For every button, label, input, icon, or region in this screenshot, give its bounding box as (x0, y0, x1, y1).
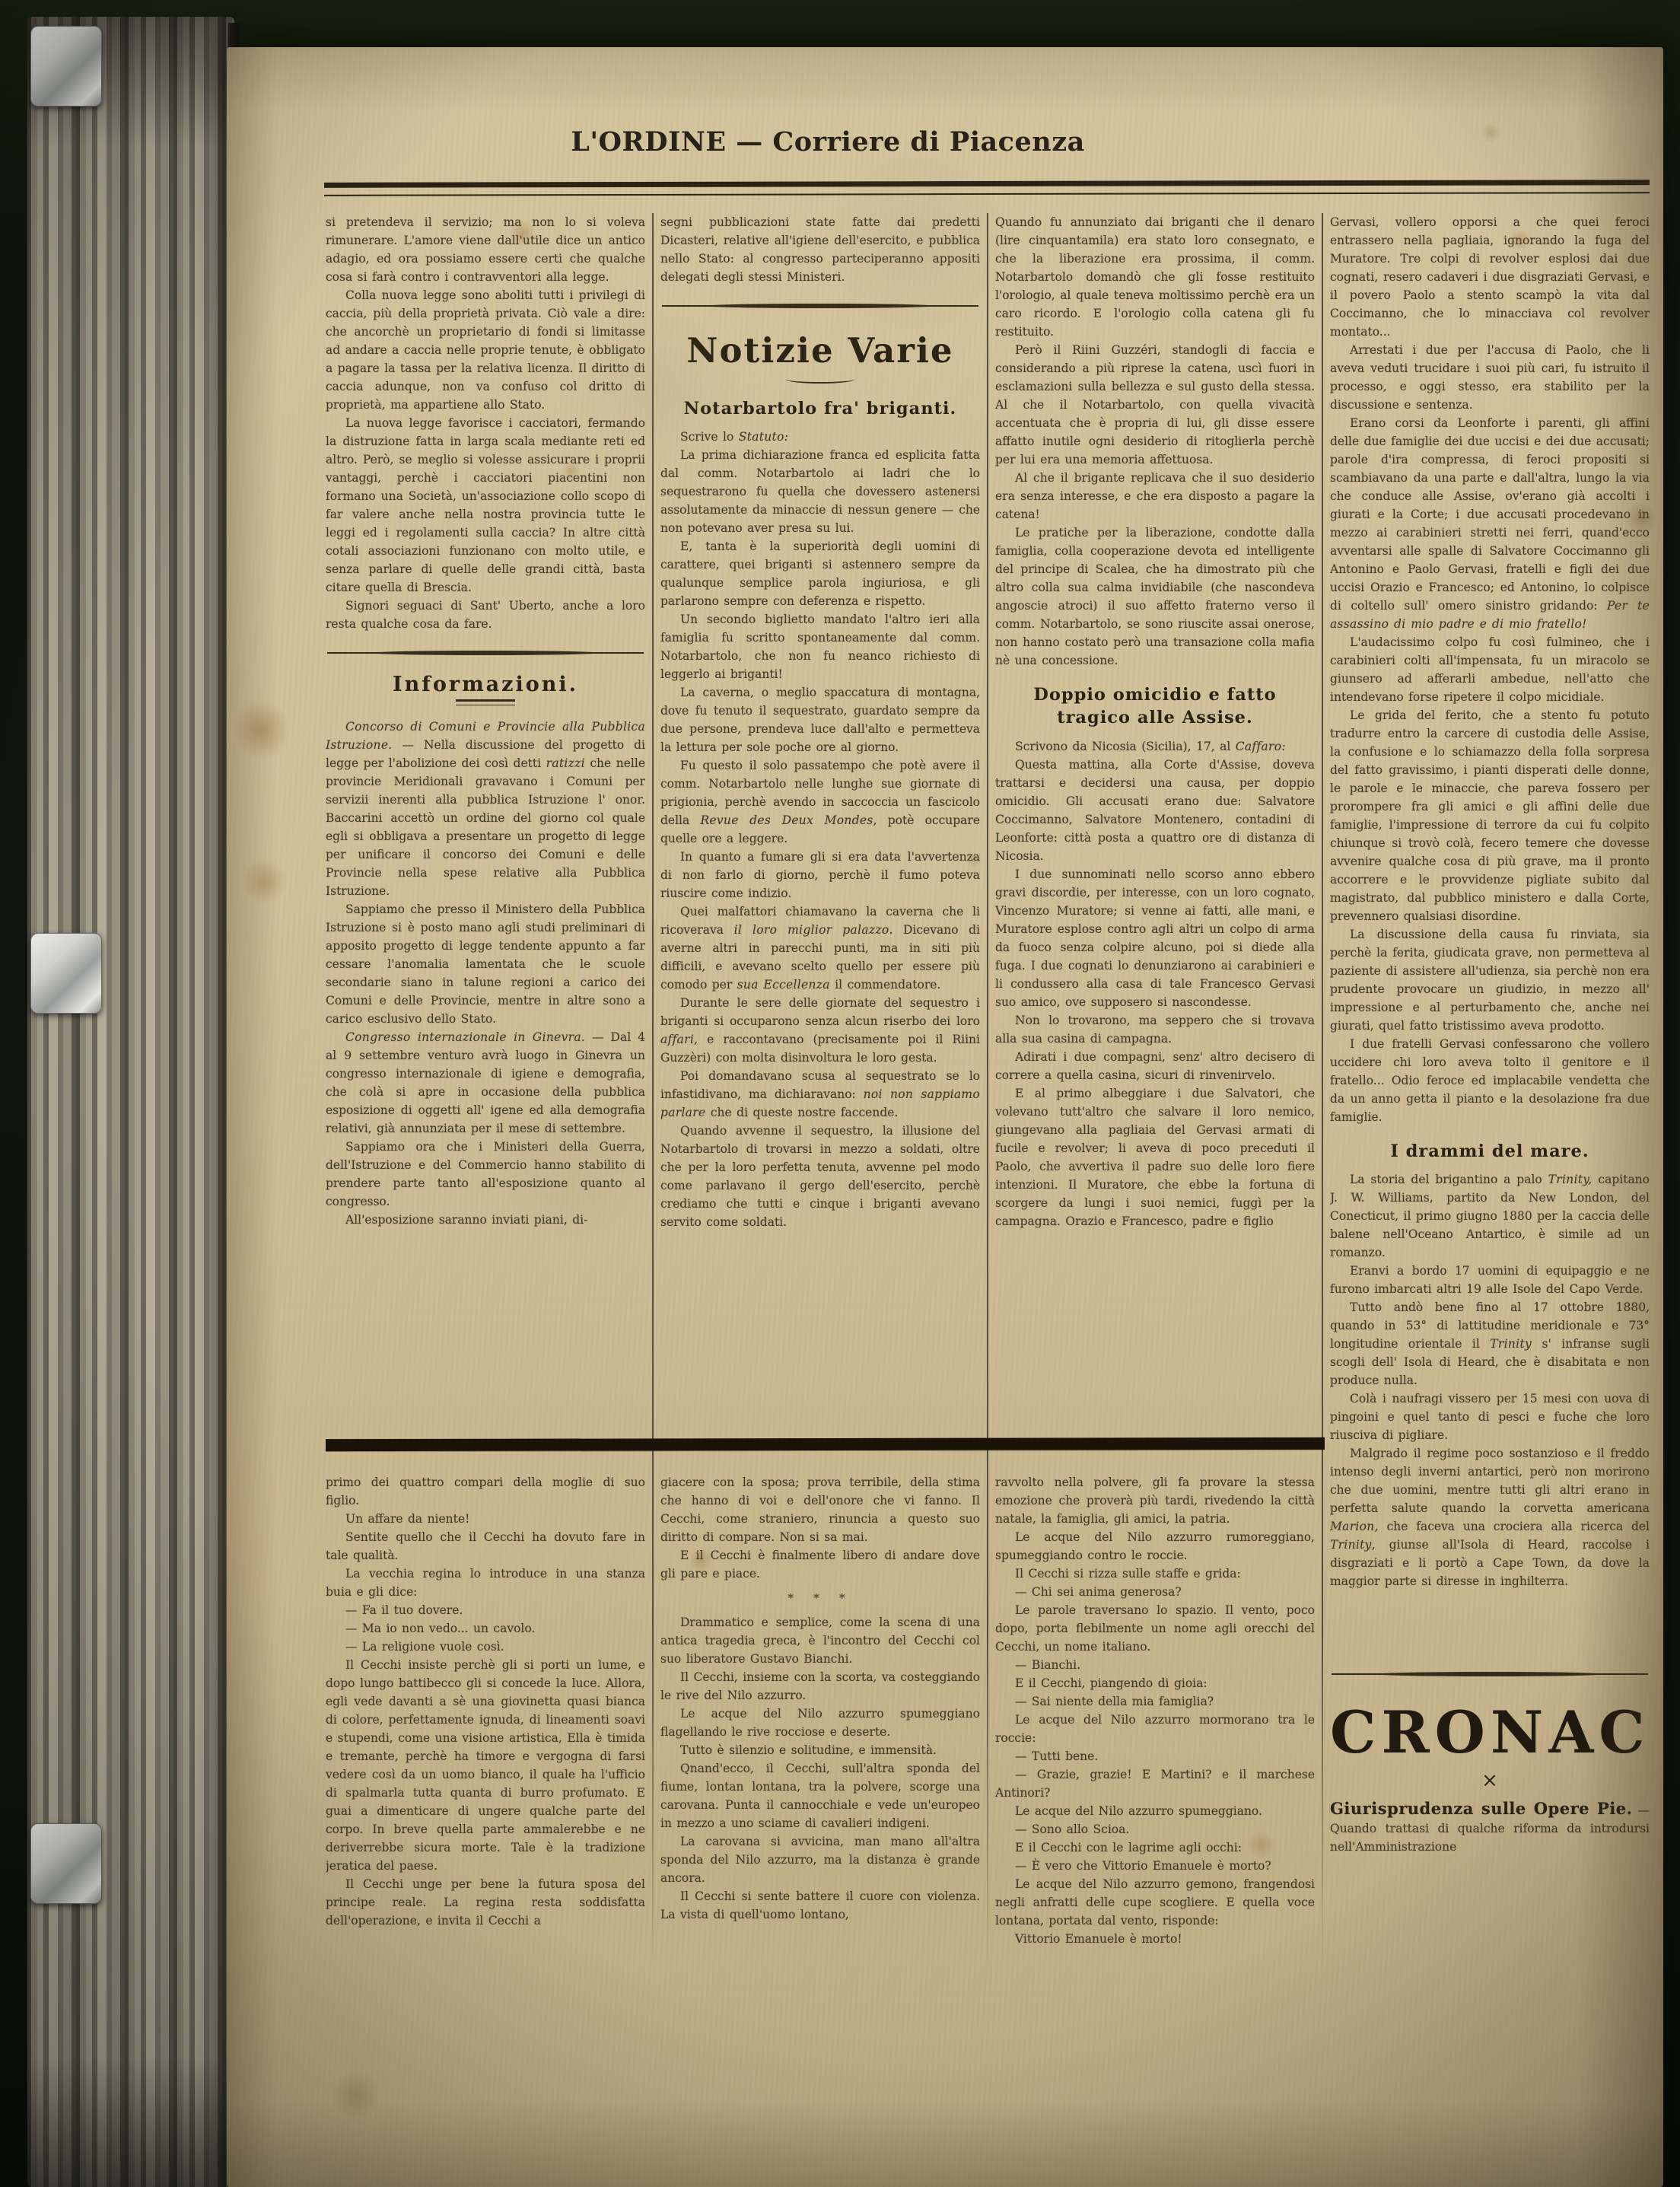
photographed-newspaper-scene: L'ORDINE — Corriere di Piacenza si prete… (0, 0, 1680, 2187)
paragraph: Durante le sere delle giornate del seque… (660, 994, 980, 1067)
paragraph: Arrestati i due per l'accusa di Paolo, c… (1330, 341, 1650, 414)
masthead-rule (324, 180, 1650, 196)
paragraph: Tutto è silenzio e solitudine, e immensi… (660, 1741, 980, 1759)
paragraph: L'audacissimo colpo fu così fulmineo, ch… (1330, 633, 1650, 706)
paragraph: — Sai niente della mia famiglia? (995, 1692, 1315, 1711)
paragraph: Qnand'ecco, il Cecchi, sull'altra sponda… (660, 1759, 980, 1832)
metal-clip-middle (30, 933, 102, 1014)
paragraph: Sentite quello che il Cecchi ha dovuto f… (326, 1528, 645, 1565)
paragraph: E il Cecchi con le lagrime agli occhi: (995, 1838, 1315, 1857)
paragraph: Le acque del Nilo azzurro mormorano tra … (995, 1711, 1315, 1747)
paragraph: ravvolto nella polvere, gli fa provare l… (995, 1473, 1315, 1528)
paragraph: Sappiamo ora che i Ministeri della Guerr… (326, 1138, 645, 1211)
feuilleton-text-col1: primo dei quattro compari della moglie d… (326, 1473, 645, 1930)
feuilleton-text-col3: ravvolto nella polvere, gli fa provare l… (995, 1473, 1315, 1948)
paragraph: Quando fu annunziato dai briganti che il… (995, 213, 1315, 341)
paragraph: Le acque del Nilo azzurro gemono, frange… (995, 1875, 1315, 1930)
paragraph: Malgrado il regime poco sostanzioso e il… (1330, 1444, 1650, 1590)
paragraph: — Grazie, grazie! E Martini? e il marche… (995, 1765, 1315, 1802)
paragraph: Gervasi, vollero opporsi a che quei fero… (1330, 213, 1650, 341)
paragraph: E il Cecchi è finalmente libero di andar… (660, 1546, 980, 1583)
paragraph: Quei malfattori chiamavano la caverna ch… (660, 902, 980, 994)
paragraph: Colà i naufragi vissero per 15 mesi con … (1330, 1390, 1650, 1444)
paragraph: Il Cecchi unge per bene la futura sposa … (326, 1875, 645, 1930)
heading-flourish (786, 375, 854, 384)
paragraph: Congresso internazionale in Ginevra. — D… (326, 1028, 645, 1138)
paragraph: Le acque del Nilo azzurro spumeggiano. (995, 1802, 1315, 1820)
paragraph: Scrive lo Statuto: (660, 428, 980, 446)
paragraph: Però il Riini Guzzéri, standogli di facc… (995, 341, 1315, 469)
paragraph: Eranvi a bordo 17 uomini di equipaggio e… (1330, 1262, 1650, 1298)
article-informazioni: Concorso di Comuni e Provincie alla Pubb… (326, 718, 645, 1229)
section-heading-notizie-varie: Notizie Varie (660, 330, 980, 371)
paragraph: — La religione vuole così. (326, 1638, 645, 1656)
paragraph: E al primo albeggiare i due Salvatori, c… (995, 1084, 1315, 1230)
article-doppio-omicidio-cont: Gervasi, vollero opporsi a che quei fero… (1330, 213, 1650, 1126)
column-4: Gervasi, vollero opporsi a che quei fero… (1330, 213, 1650, 1988)
feuilleton-separator-bar (326, 1437, 1325, 1451)
section-heading-cronaca: CRONACA (1330, 1698, 1650, 1766)
article-drammi-del-mare: La storia del brigantino a palo Trinity,… (1330, 1170, 1650, 1590)
article-heading-drammi-del-mare: I drammi del mare. (1338, 1140, 1642, 1163)
paragraph: — Ma io non vedo... un cavolo. (326, 1619, 645, 1638)
article-heading-notarbartolo: Notarbartolo fra' briganti. (668, 397, 972, 420)
paragraph: Signori seguaci di Sant' Uberto, anche a… (326, 597, 645, 633)
newspaper-page: L'ORDINE — Corriere di Piacenza si prete… (227, 47, 1663, 2187)
metal-clip-bottom (30, 1823, 102, 1904)
text-area: si pretendeva il servizio; ma non lo si … (326, 213, 1650, 1988)
paragraph: Le acque del Nilo azzurro rumoreggiano, … (995, 1528, 1315, 1565)
paragraph: Le parole traversano lo spazio. Il vento… (995, 1601, 1315, 1656)
paragraph: La storia del brigantino a palo Trinity,… (1330, 1170, 1650, 1262)
paragraph: La discussione della causa fu rinviata, … (1330, 925, 1650, 1035)
section-divider-rule (1332, 1670, 1648, 1679)
article-giurisprudenza: Giurisprudenza sulle Opere Pie. — Quando… (1330, 1800, 1650, 1856)
column-rule-3 (1322, 213, 1323, 1988)
column-1-feuilleton: primo dei quattro compari della moglie d… (326, 1473, 645, 1988)
paragraph: In quanto a fumare gli si era data l'avv… (660, 848, 980, 902)
paragraph: Giurisprudenza sulle Opere Pie. — Quando… (1330, 1800, 1650, 1856)
paragraph: La caverna, o meglio spaccatura di monta… (660, 683, 980, 756)
paragraph: — È vero che Vittorio Emanuele è morto? (995, 1857, 1315, 1875)
section-heading-informazioni: Informazioni. (326, 673, 645, 696)
paragraph: * * * (660, 1583, 980, 1613)
column-3: Quando fu annunziato dai briganti che il… (995, 213, 1315, 1988)
paragraph: si pretendeva il servizio; ma non lo si … (326, 213, 645, 286)
paragraph: segni pubblicazioni state fatte dai pred… (660, 213, 980, 286)
paragraph: La prima dichiarazione franca ed esplici… (660, 446, 980, 537)
paragraph: Sappiamo che presso il Ministero della P… (326, 900, 645, 1028)
paragraph: Drammatico e semplice, come la scena di … (660, 1613, 980, 1668)
paragraph: Adirati i due compagni, senz' altro deci… (995, 1048, 1315, 1084)
paragraph: Il Cecchi si rizza sulle staffe e grida: (995, 1565, 1315, 1583)
paragraph: — Chi sei anima generosa? (995, 1583, 1315, 1601)
column-rule-1 (652, 213, 654, 1988)
paragraph: Scrivono da Nicosia (Sicilia), 17, al Ca… (995, 737, 1315, 756)
paragraph: Questa mattina, alla Corte d'Assise, dov… (995, 756, 1315, 865)
paragraph: Tutto andò bene fino al 17 ottobre 1880,… (1330, 1298, 1650, 1390)
paragraph: Poi domandavano scusa al sequestrato se … (660, 1067, 980, 1122)
paragraph: — Sono allo Scioa. (995, 1820, 1315, 1838)
paragraph: Concorso di Comuni e Provincie alla Pubb… (326, 718, 645, 900)
column-1-top: si pretendeva il servizio; ma non lo si … (326, 213, 645, 1431)
section-divider-rule (327, 648, 644, 657)
masthead-title: L'ORDINE — Corriere di Piacenza (227, 126, 1429, 158)
heading-underline (456, 699, 515, 705)
paragraph: All'esposizione saranno inviati piani, d… (326, 1211, 645, 1229)
metal-clip-top (30, 26, 102, 107)
paragraph: Colla nuova legge sono aboliti tutti i p… (326, 286, 645, 414)
article-doppio-omicidio: Scrivono da Nicosia (Sicilia), 17, al Ca… (995, 737, 1315, 1230)
column-2-top: segni pubblicazioni state fatte dai pred… (660, 213, 980, 1431)
cronaca-ornament: × (1330, 1768, 1650, 1794)
paragraph: La carovana si avvicina, man mano all'al… (660, 1832, 980, 1887)
feuilleton-text-col2: giacere con la sposa; prova terribile, d… (660, 1473, 980, 1924)
paragraph: E il Cecchi, piangendo di gioia: (995, 1674, 1315, 1692)
paragraph: Le acque del Nilo azzurro spumeggiano fl… (660, 1705, 980, 1741)
paragraph: primo dei quattro compari della moglie d… (326, 1473, 645, 1510)
paragraph: Il Cecchi insiste perchè gli si porti un… (326, 1656, 645, 1875)
paragraph: Il Cecchi, insieme con la scorta, va cos… (660, 1668, 980, 1705)
paragraph: Vittorio Emanuele è morto! (995, 1930, 1315, 1948)
paragraph: — Fa il tuo dovere. (326, 1601, 645, 1619)
paragraph: — Bianchi. (995, 1656, 1315, 1674)
column-2: segni pubblicazioni state fatte dai pred… (660, 213, 980, 1988)
paragraph: Le grida del ferito, che a stento fu pot… (1330, 706, 1650, 925)
paragraph: — Tutti bene. (995, 1747, 1315, 1765)
article-notarbartolo-cont: Quando fu annunziato dai briganti che il… (995, 213, 1315, 670)
paragraph: Un affare da niente! (326, 1510, 645, 1528)
paragraph: Al che il brigante replicava che il suo … (995, 469, 1315, 524)
paragraph: E, tanta è la superiorità degli uomini d… (660, 537, 980, 610)
column-4-full: Gervasi, vollero opporsi a che quei fero… (1330, 213, 1650, 1988)
column-2-feuilleton: giacere con la sposa; prova terribile, d… (660, 1473, 980, 1988)
paragraph: Fu questo il solo passatempo che potè av… (660, 756, 980, 848)
paragraph: La nuova legge favorisce i cacciatori, f… (326, 414, 645, 597)
column-3-top: Quando fu annunziato dai briganti che il… (995, 213, 1315, 1431)
article-heading-doppio-omicidio: Doppio omicidio e fatto tragico alle Ass… (1003, 683, 1307, 730)
paragraph: La vecchia regina lo introduce in una st… (326, 1565, 645, 1601)
article-informazioni-cont: segni pubblicazioni state fatte dai pred… (660, 213, 980, 286)
column-3-feuilleton: ravvolto nella polvere, gli fa provare l… (995, 1473, 1315, 1988)
column-1: si pretendeva il servizio; ma non lo si … (326, 213, 645, 1988)
paragraph: I due fratelli Gervasi confessarono che … (1330, 1035, 1650, 1126)
paragraph: giacere con la sposa; prova terribile, d… (660, 1473, 980, 1546)
paragraph: Non lo trovarono, ma seppero che si trov… (995, 1011, 1315, 1048)
column-rule-2 (987, 213, 988, 1988)
paragraph: Un secondo biglietto mandato l'altro ier… (660, 610, 980, 683)
article-notarbartolo: Scrive lo Statuto:La prima dichiarazione… (660, 428, 980, 1231)
section-divider-rule (662, 301, 978, 310)
paragraph: I due sunnominati nello scorso anno ebbe… (995, 865, 1315, 1011)
article-hunting-law: si pretendeva il servizio; ma non lo si … (326, 213, 645, 633)
paragraph: Le pratiche per la liberazione, condotte… (995, 524, 1315, 670)
paragraph: Il Cecchi si sente battere il cuore con … (660, 1887, 980, 1924)
paragraph: Quando avvenne il sequestro, la illusion… (660, 1122, 980, 1231)
paragraph: Erano corsi da Leonforte i parenti, gli … (1330, 414, 1650, 633)
